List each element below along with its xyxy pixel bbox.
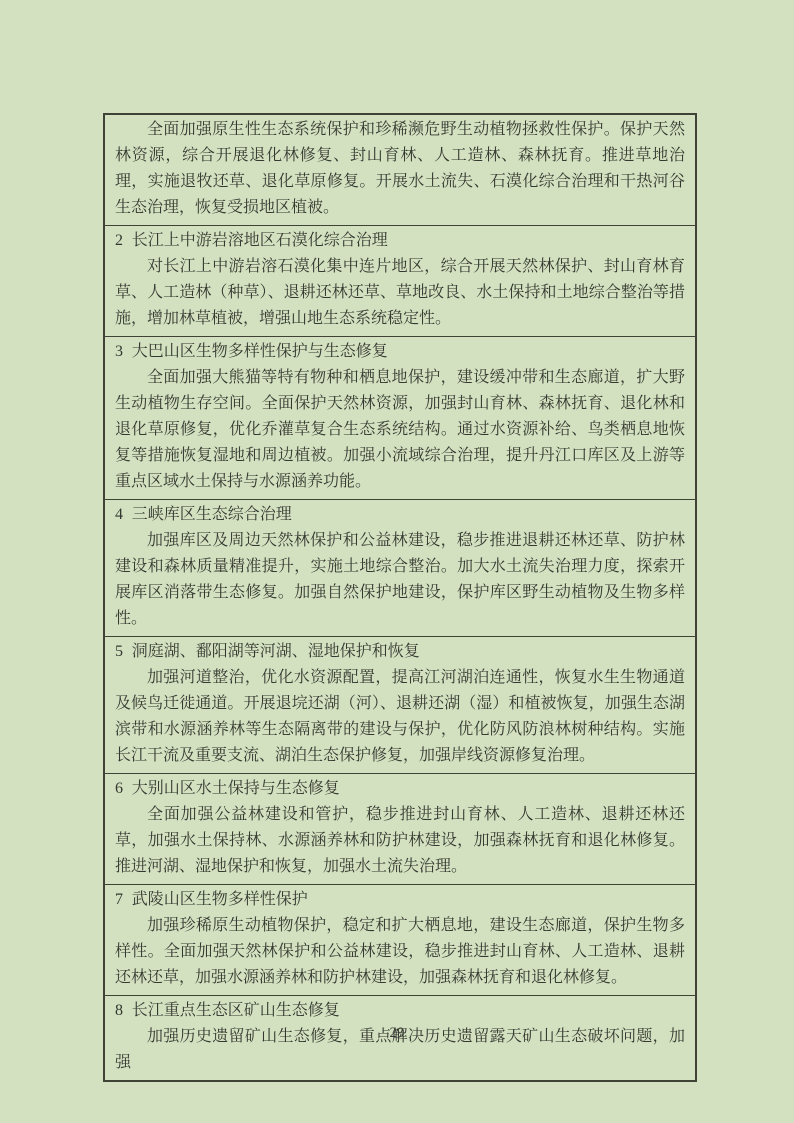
table-row: 3大巴山区生物多样性保护与生态修复 全面加强大熊猫等特有物种和栖息地保护，建设缓… [105,337,695,500]
section-number: 2 [115,232,123,249]
section-number: 6 [115,780,123,797]
section-title: 6大别山区水土保持与生态修复 [115,776,685,802]
section-body: 加强河道整治，优化水资源配置，提高江河湖泊连通性，恢复水生生物通道及候鸟迁徙通道… [115,665,685,769]
section-title-text: 三峡库区生态综合治理 [132,506,292,523]
section-title-text: 大巴山区生物多样性保护与生态修复 [132,343,388,360]
section-number: 4 [115,506,123,523]
section-title-text: 洞庭湖、鄱阳湖等河湖、湿地保护和恢复 [132,643,420,660]
section-title: 8长江重点生态区矿山生态修复 [115,998,685,1024]
section-title: 5洞庭湖、鄱阳湖等河湖、湿地保护和恢复 [115,639,685,665]
section-body: 全面加强原生性生态系统保护和珍稀濒危野生动植物拯救性保护。保护天然林资源，综合开… [115,117,685,221]
section-number: 7 [115,891,123,908]
table-row: 全面加强原生性生态系统保护和珍稀濒危野生动植物拯救性保护。保护天然林资源，综合开… [105,115,695,226]
table-row: 4三峡库区生态综合治理 加强库区及周边天然林保护和公益林建设，稳步推进退耕还林还… [105,500,695,637]
table-row: 2长江上中游岩溶地区石漠化综合治理 对长江上中游岩溶石漠化集中连片地区，综合开展… [105,226,695,337]
section-number: 3 [115,343,123,360]
page-number: 29 [0,1025,794,1042]
section-body: 对长江上中游岩溶石漠化集中连片地区，综合开展天然林保护、封山育林育草、人工造林（… [115,254,685,332]
section-title: 2长江上中游岩溶地区石漠化综合治理 [115,228,685,254]
section-title-text: 武陵山区生物多样性保护 [132,891,308,908]
section-title-text: 大别山区水土保持与生态修复 [132,780,340,797]
section-body: 全面加强公益林建设和管护，稳步推进封山育林、人工造林、退耕还林还草，加强水土保持… [115,802,685,880]
table-row: 7武陵山区生物多样性保护 加强珍稀原生动植物保护，稳定和扩大栖息地，建设生态廊道… [105,885,695,996]
document-page: 全面加强原生性生态系统保护和珍稀濒危野生动植物拯救性保护。保护天然林资源，综合开… [0,0,794,1123]
section-number: 5 [115,643,123,660]
section-title: 7武陵山区生物多样性保护 [115,887,685,913]
section-body: 全面加强大熊猫等特有物种和栖息地保护，建设缓冲带和生态廊道，扩大野生动植物生存空… [115,365,685,495]
section-title: 4三峡库区生态综合治理 [115,502,685,528]
table-row: 5洞庭湖、鄱阳湖等河湖、湿地保护和恢复 加强河道整治，优化水资源配置，提高江河湖… [105,637,695,774]
section-title: 3大巴山区生物多样性保护与生态修复 [115,339,685,365]
table-row: 6大别山区水土保持与生态修复 全面加强公益林建设和管护，稳步推进封山育林、人工造… [105,774,695,885]
section-title-text: 长江重点生态区矿山生态修复 [132,1002,340,1019]
content-table: 全面加强原生性生态系统保护和珍稀濒危野生动植物拯救性保护。保护天然林资源，综合开… [103,113,697,1082]
section-title-text: 长江上中游岩溶地区石漠化综合治理 [132,232,388,249]
section-body: 加强库区及周边天然林保护和公益林建设，稳步推进退耕还林还草、防护林建设和森林质量… [115,528,685,632]
section-number: 8 [115,1002,123,1019]
section-body: 加强珍稀原生动植物保护，稳定和扩大栖息地，建设生态廊道，保护生物多样性。全面加强… [115,913,685,991]
